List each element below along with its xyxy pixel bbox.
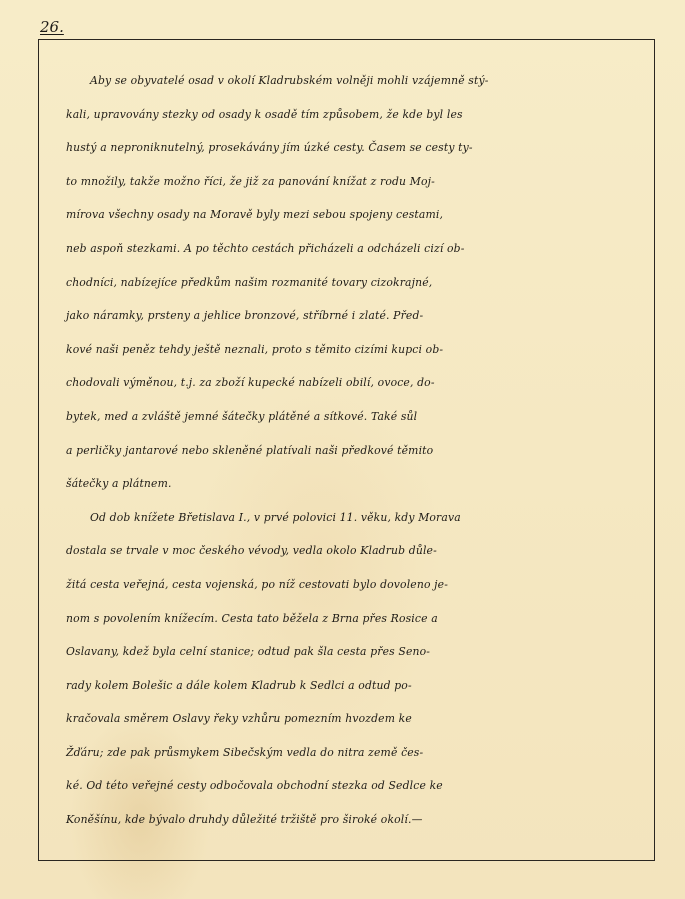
paragraph-1-line-5: mírova všechny osady na Moravě byly mezi… (66, 198, 656, 232)
paragraph-2-line-5: Oslavany, kdež byla celní stanice; odtud… (66, 635, 656, 669)
paragraph-1-line-1: Aby se obyvatelé osad v okolí Kladrubské… (66, 64, 656, 98)
paragraph-2-line-8: Žďáru; zde pak průsmykem Sibečským vedla… (66, 736, 656, 770)
paragraph-1-line-4: to množily, takže možno říci, že již za … (66, 165, 656, 199)
paragraph-1-line-3: hustý a neproniknutelný, prosekávány jím… (66, 131, 656, 165)
paragraph-1-line-10: chodovali výměnou, t.j. za zboží kupecké… (66, 366, 656, 400)
paragraph-2-line-6: rady kolem Bolešic a dále kolem Kladrub … (66, 669, 656, 703)
paragraph-2-line-4: nom s povolením knížecím. Cesta tato běž… (66, 602, 656, 636)
paragraph-1-line-11: bytek, med a zvláště jemné šátečky plátě… (66, 400, 656, 434)
paragraph-1-line-2: kali, upravovány stezky od osady k osadě… (66, 98, 656, 132)
paragraph-1-line-8: jako náramky, prsteny a jehlice bronzové… (66, 299, 656, 333)
paragraph-1-line-9: kové naši peněz tehdy ještě neznali, pro… (66, 333, 656, 367)
paragraph-2-line-10: Koněšínu, kde bývalo druhdy důležité trž… (66, 803, 656, 837)
paragraph-2-line-9: ké. Od této veřejné cesty odbočovala obc… (66, 769, 656, 803)
paragraph-1-line-6: neb aspoň stezkami. A po těchto cestách … (66, 232, 656, 266)
handwritten-text-block: Aby se obyvatelé osad v okolí Kladrubské… (66, 64, 656, 837)
paragraph-2-line-2: dostala se trvale v moc českého vévody, … (66, 534, 656, 568)
paragraph-2-line-3: žitá cesta veřejná, cesta vojenská, po n… (66, 568, 656, 602)
paragraph-2-line-1: Od dob knížete Břetislava I., v prvé pol… (66, 501, 656, 535)
paragraph-2-line-7: kračovala směrem Oslavy řeky vzhůru pome… (66, 702, 656, 736)
paragraph-1-line-13: šátečky a plátnem. (66, 467, 656, 501)
paragraph-1-line-12: a perličky jantarové nebo skleněné platí… (66, 434, 656, 468)
page-number: 26. (40, 18, 64, 36)
paragraph-1-line-7: chodníci, nabízejíce předkům našim rozma… (66, 266, 656, 300)
